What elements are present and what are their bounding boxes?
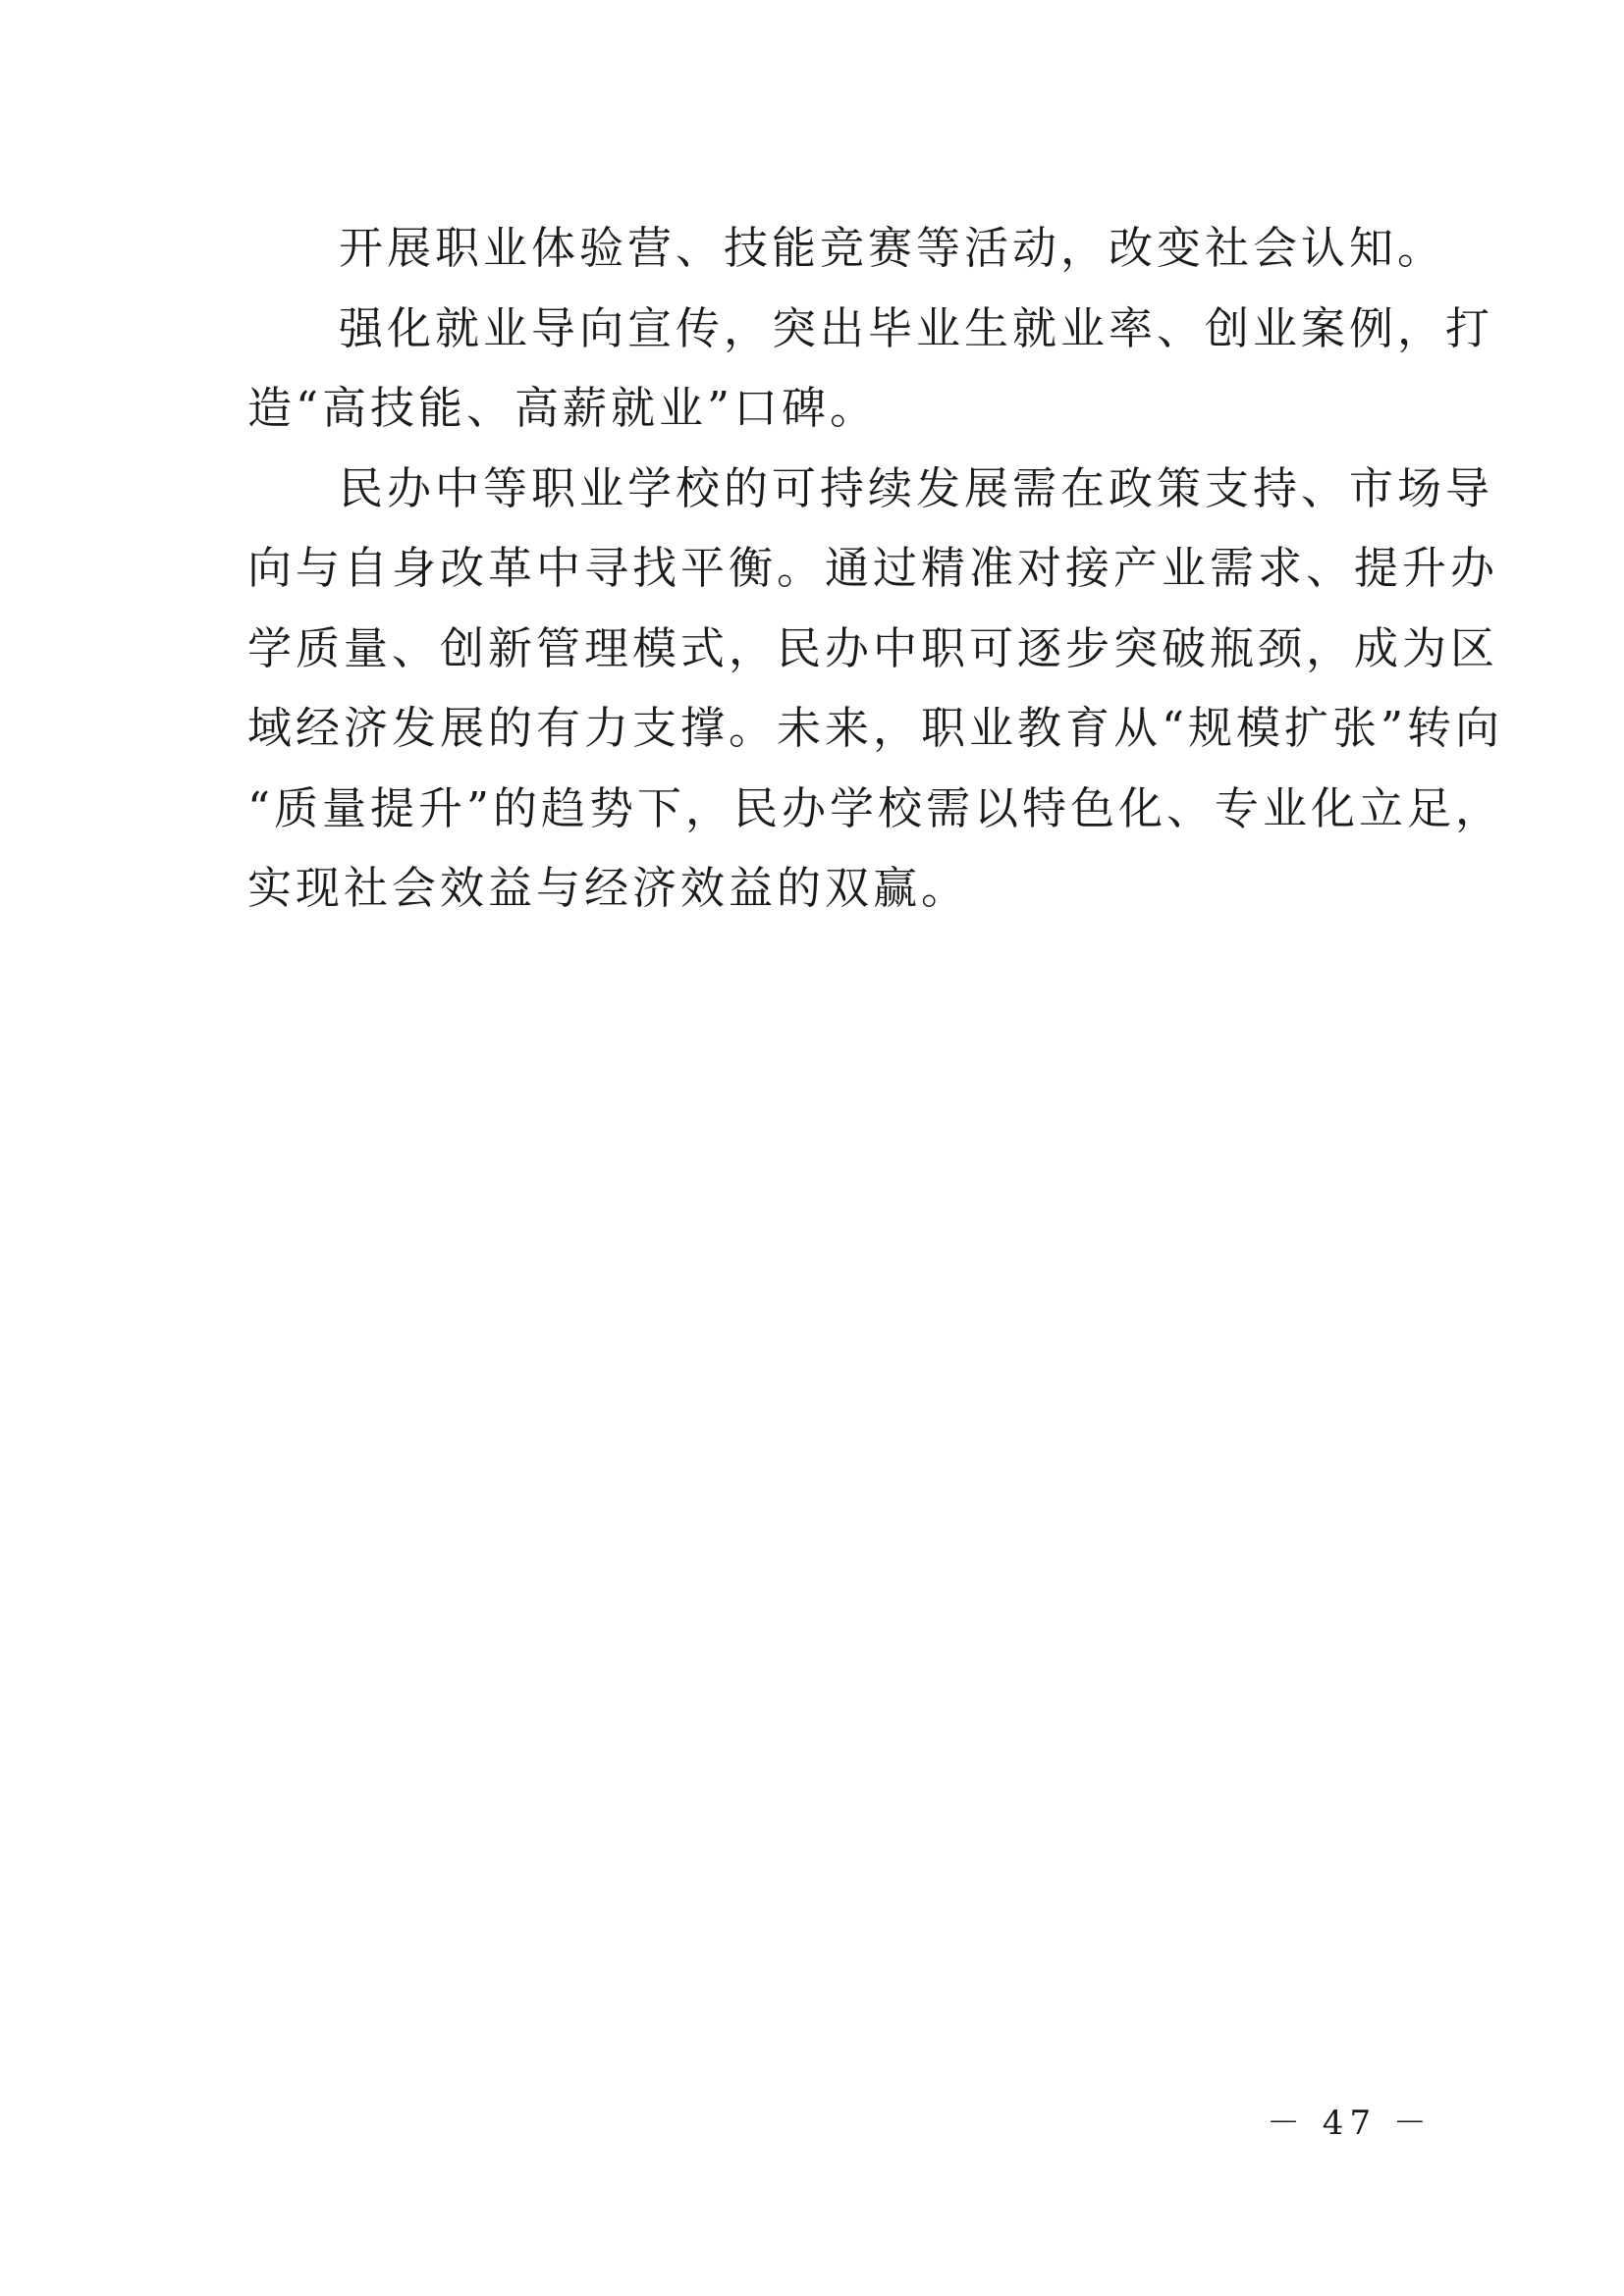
text-line: 向与自身改革中寻找平衡。通过精准对接产业需求、提升办 (247, 528, 1386, 609)
text-line: 造“高技能、高薪就业”口碑。 (247, 368, 1386, 449)
document-body: 开展职业体验营、技能竞赛等活动，改变社会认知。 强化就业导向宣传，突出毕业生就业… (247, 208, 1386, 929)
paragraph-3: 民办中等职业学校的可持续发展需在政策支持、市场导 向与自身改革中寻找平衡。通过精… (247, 449, 1386, 929)
text-line: 域经济发展的有力支撑。未来，职业教育从“规模扩张”转向 (247, 688, 1386, 769)
paragraph-1: 开展职业体验营、技能竞赛等活动，改变社会认知。 (247, 208, 1386, 289)
page-number: － 47 － (1267, 2096, 1433, 2144)
text-line: “质量提升”的趋势下，民办学校需以特色化、专业化立足， (247, 769, 1386, 849)
text-line: 实现社会效益与经济效益的双赢。 (247, 848, 1386, 929)
text-line: 学质量、创新管理模式，民办中职可逐步突破瓶颈，成为区 (247, 609, 1386, 689)
text-line: 民办中等职业学校的可持续发展需在政策支持、市场导 (247, 449, 1386, 529)
text-line: 开展职业体验营、技能竞赛等活动，改变社会认知。 (247, 208, 1386, 289)
document-page: 开展职业体验营、技能竞赛等活动，改变社会认知。 强化就业导向宣传，突出毕业生就业… (0, 0, 1624, 2296)
paragraph-2: 强化就业导向宣传，突出毕业生就业率、创业案例，打 造“高技能、高薪就业”口碑。 (247, 289, 1386, 449)
text-line: 强化就业导向宣传，突出毕业生就业率、创业案例，打 (247, 289, 1386, 369)
